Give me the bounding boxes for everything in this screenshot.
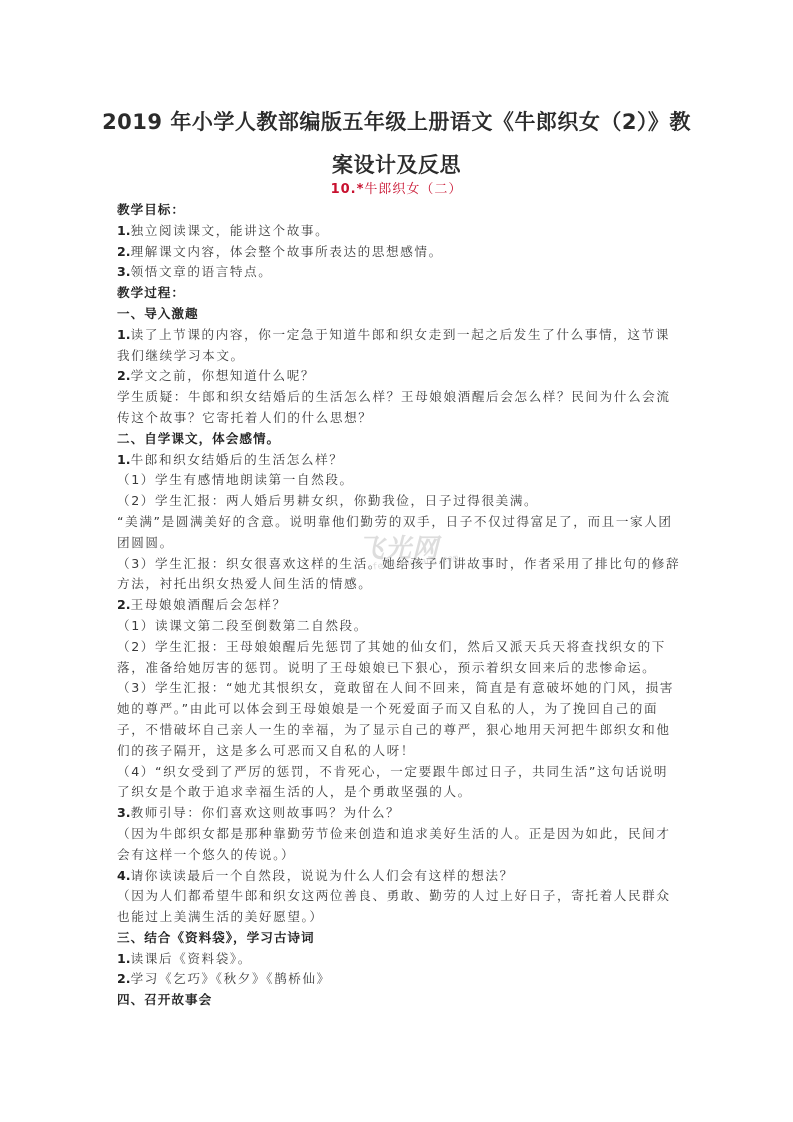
item-number: 2. bbox=[117, 368, 131, 383]
item-text: 学生汇报：两人婚后男耕女织，你勤我俭，日子过得很美满。 bbox=[155, 493, 538, 508]
section-heading: 四、召开故事会 bbox=[117, 990, 682, 1011]
item-number: （1） bbox=[117, 472, 155, 487]
list-item: 1.读了上节课的内容，你一定急于知道牛郎和织女走到一起之后发生了什么事情，这节课… bbox=[117, 325, 682, 367]
list-item: 2.学文之前，你想知道什么呢？ bbox=[117, 366, 682, 387]
paragraph: “美满”是圆满美好的含意。说明靠他们勤劳的双手，日子不仅过得富足了，而且一家人团… bbox=[117, 512, 682, 554]
list-item: 4.请你读读最后一个自然段，说说为什么人们会有这样的想法？ bbox=[117, 866, 682, 887]
list-item: 2.理解课文内容，体会整个故事所表达的思想感情。 bbox=[117, 242, 682, 263]
list-item: （2）学生汇报：两人婚后男耕女织，你勤我俭，日子过得很美满。 bbox=[117, 491, 682, 512]
section-heading: 一、导入激趣 bbox=[117, 304, 682, 325]
section-heading: 教学目标： bbox=[117, 200, 682, 221]
lesson-number: 10.* bbox=[331, 182, 365, 197]
item-number: 4. bbox=[117, 868, 131, 883]
item-number: （2） bbox=[117, 639, 155, 654]
item-text: 独立阅读课文，能讲这个故事。 bbox=[131, 223, 330, 238]
list-item: （2）学生汇报：王母娘娘醒后先惩罚了其她的仙女们，然后又派天兵天将查找织女的下落… bbox=[117, 637, 682, 679]
item-text: 学文之前，你想知道什么呢？ bbox=[131, 368, 316, 383]
item-number: 2. bbox=[117, 597, 131, 612]
item-number: 1. bbox=[117, 327, 131, 342]
item-text: 领悟文章的语言特点。 bbox=[131, 264, 273, 279]
item-text: 学生汇报：王母娘娘醒后先惩罚了其她的仙女们，然后又派天兵天将查找织女的下落，准备… bbox=[117, 639, 666, 675]
list-item: （1）学生有感情地朗读第一自然段。 bbox=[117, 470, 682, 491]
item-text: 学生汇报：“她尤其恨织女，竟敢留在人间不回来，简直是有意破坏她的门风，损害她的尊… bbox=[117, 680, 674, 757]
document-body: 教学目标：1.独立阅读课文，能讲这个故事。2.理解课文内容，体会整个故事所表达的… bbox=[117, 200, 682, 1011]
item-text: 学习《乞巧》《秋夕》《鹊桥仙》 bbox=[131, 971, 331, 986]
item-text: 读课后《资料袋》。 bbox=[131, 951, 252, 966]
list-item: 2.学习《乞巧》《秋夕》《鹊桥仙》 bbox=[117, 969, 682, 990]
list-item: （1）读课文第二段至倒数第二自然段。 bbox=[117, 616, 682, 637]
item-number: 2. bbox=[117, 971, 131, 986]
item-text: 学生质疑：牛郎和织女结婚后的生活怎么样？王母娘娘酒醒后会怎么样？民间为什么会流传… bbox=[117, 389, 671, 425]
item-text: 学生汇报：织女很喜欢这样的生活。她给孩子们讲故事时，作者采用了排比句的修辞方法，… bbox=[117, 556, 680, 592]
item-number: 1. bbox=[117, 452, 131, 467]
paragraph: 学生质疑：牛郎和织女结婚后的生活怎么样？王母娘娘酒醒后会怎么样？民间为什么会流传… bbox=[117, 387, 682, 429]
list-item: 1.牛郎和织女结婚后的生活怎么样？ bbox=[117, 450, 682, 471]
item-number: （3） bbox=[117, 680, 155, 695]
item-text: （因为牛郎织女都是那种靠勤劳节俭来创造和追求美好生活的人。正是因为如此，民间才会… bbox=[117, 826, 671, 862]
item-number: （4） bbox=[117, 764, 155, 779]
paragraph: （因为人们都希望牛郎和织女这两位善良、勇敢、勤劳的人过上好日子，寄托着人民群众也… bbox=[117, 886, 682, 928]
lesson-name: 牛郎织女（二） bbox=[364, 182, 462, 197]
item-text: “美满”是圆满美好的含意。说明靠他们勤劳的双手，日子不仅过得富足了，而且一家人团… bbox=[117, 514, 673, 550]
lesson-subtitle: 10.*牛郎织女（二） bbox=[0, 178, 793, 197]
item-text: 读了上节课的内容，你一定急于知道牛郎和织女走到一起之后发生了什么事情，这节课我们… bbox=[117, 327, 670, 363]
item-text: 王母娘娘酒醒后会怎样？ bbox=[131, 597, 287, 612]
list-item: （3）学生汇报：“她尤其恨织女，竟敢留在人间不回来，简直是有意破坏她的门风，损害… bbox=[117, 678, 682, 761]
item-text: “织女受到了严厉的惩罚，不肯死心，一定要跟牛郎过日子，共同生活”这句话说明了织女… bbox=[117, 764, 668, 800]
paragraph: （因为牛郎织女都是那种靠勤劳节俭来创造和追求美好生活的人。正是因为如此，民间才会… bbox=[117, 824, 682, 866]
item-number: 3. bbox=[117, 264, 131, 279]
item-number: 2. bbox=[117, 244, 131, 259]
item-text: 牛郎和织女结婚后的生活怎么样？ bbox=[131, 452, 344, 467]
document-title-line-1: 2019 年小学人教部编版五年级上册语文《牛郎织女（2）》教 bbox=[0, 106, 793, 136]
list-item: （3）学生汇报：织女很喜欢这样的生活。她给孩子们讲故事时，作者采用了排比句的修辞… bbox=[117, 554, 682, 596]
list-item: 1.读课后《资料袋》。 bbox=[117, 949, 682, 970]
item-number: 1. bbox=[117, 951, 131, 966]
document-title-line-2: 案设计及反思 bbox=[0, 149, 793, 179]
list-item: 3.教师引导：你们喜欢这则故事吗？为什么？ bbox=[117, 803, 682, 824]
list-item: 1.独立阅读课文，能讲这个故事。 bbox=[117, 221, 682, 242]
item-number: 3. bbox=[117, 805, 131, 820]
list-item: 2.王母娘娘酒醒后会怎样？ bbox=[117, 595, 682, 616]
item-text: 学生有感情地朗读第一自然段。 bbox=[155, 472, 354, 487]
item-text: 读课文第二段至倒数第二自然段。 bbox=[155, 618, 368, 633]
item-number: （2） bbox=[117, 493, 155, 508]
list-item: （4）“织女受到了严厉的惩罚，不肯死心，一定要跟牛郎过日子，共同生活”这句话说明… bbox=[117, 762, 682, 804]
item-number: （3） bbox=[117, 556, 155, 571]
section-heading: 二、自学课文，体会感情。 bbox=[117, 429, 682, 450]
item-number: （1） bbox=[117, 618, 155, 633]
item-number: 1. bbox=[117, 223, 131, 238]
item-text: （因为人们都希望牛郎和织女这两位善良、勇敢、勤劳的人过上好日子，寄托着人民群众也… bbox=[117, 888, 671, 924]
section-heading: 教学过程： bbox=[117, 283, 682, 304]
list-item: 3.领悟文章的语言特点。 bbox=[117, 262, 682, 283]
item-text: 教师引导：你们喜欢这则故事吗？为什么？ bbox=[131, 805, 401, 820]
section-heading: 三、结合《资料袋》，学习古诗词 bbox=[117, 928, 682, 949]
item-text: 理解课文内容，体会整个故事所表达的思想感情。 bbox=[131, 244, 443, 259]
item-text: 请你读读最后一个自然段，说说为什么人们会有这样的想法？ bbox=[131, 868, 514, 883]
